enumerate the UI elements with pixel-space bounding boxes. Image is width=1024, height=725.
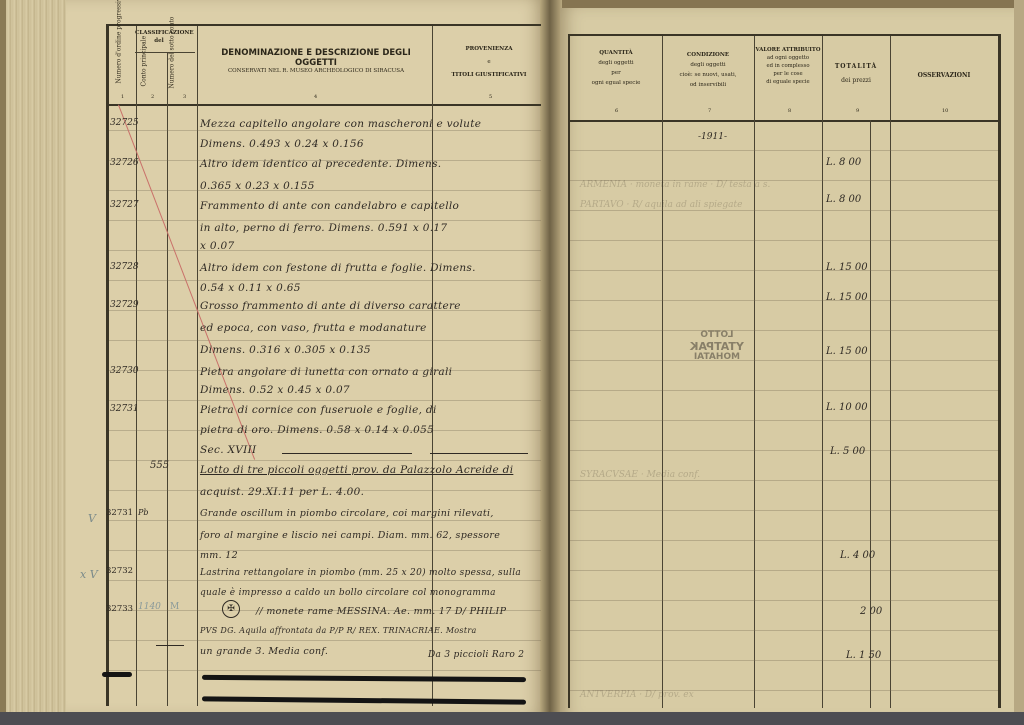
entry-line: 0.54 x 0.11 x 0.65	[200, 282, 301, 294]
entry-line: Pietra angolare di lunetta con ornato a …	[200, 366, 452, 378]
entry-line: in alto, perno di ferro. Dimens. 0.591 x…	[200, 222, 447, 234]
entry-line: un grande 3. Media conf.	[200, 646, 328, 657]
price-value: L. 8 00	[826, 194, 861, 205]
entry-number: 32726	[110, 158, 139, 168]
col-number-10: 10	[942, 108, 948, 114]
header-col3: Numero del sotto conto	[169, 55, 176, 89]
col-number-1: 1	[121, 94, 124, 100]
book-gutter	[540, 0, 562, 725]
header-subtitle: CONSERVATI NEL R. MUSEO ARCHEOLOGICO DI …	[201, 68, 431, 74]
entry-subclass: M	[170, 602, 179, 612]
cover-edge-right	[1014, 0, 1024, 725]
entry-number: 32732	[106, 566, 133, 576]
entry-line: foro al margine e liscio nei campi. Diam…	[200, 530, 500, 541]
price-value: L. 8 00	[826, 157, 861, 168]
entry-class: Pb	[138, 508, 149, 517]
entry-number: 32733	[106, 604, 133, 614]
price-value: L. 15 00	[826, 346, 868, 357]
price-value: L. 4 00	[840, 550, 875, 561]
entry-line: 0.365 x 0.23 x 0.155	[200, 180, 315, 192]
header-col7: CONDIZIONE degli oggetti cioè: se nuovi,…	[662, 50, 754, 90]
price-value: 2 00	[860, 606, 882, 617]
price-value: L. 5 00	[830, 446, 865, 457]
class-mark: 555	[150, 460, 169, 471]
header-col5-line3: TITOLI GIUSTIFICATIVI	[437, 72, 541, 78]
col-number-2: 2	[151, 94, 154, 100]
entry-line: Lastrina rettangolare in piombo (mm. 25 …	[200, 568, 521, 578]
bleed-through-stamp: LOTTO YTATPAK MOHATAI	[690, 330, 744, 363]
col-number-8: 8	[788, 108, 791, 114]
entry-line: Dimens. 0.316 x 0.305 x 0.135	[200, 344, 371, 356]
entry-line: Mezza capitello angolare con mascheroni …	[200, 118, 481, 130]
entry-line: Frammento di ante con candelabro e capit…	[200, 200, 459, 212]
lot-line: Lotto di tre piccoli oggetti prov. da Pa…	[200, 464, 513, 476]
struck-number	[102, 672, 132, 677]
header-col8: VALORE ATTRIBUITO ad ogni oggetto ed in …	[754, 46, 822, 86]
entry-line: pietra di oro. Dimens. 0.58 x 0.14 x 0.0…	[200, 424, 434, 436]
left-table-header: Numero d'ordine progressivo CLASSIFICAZI…	[109, 26, 541, 106]
col-number-4: 4	[314, 94, 317, 100]
entry-number: 32728	[110, 262, 139, 272]
price-value: L. 1 50	[846, 650, 881, 661]
ledger-book: Numero d'ordine progressivo CLASSIFICAZI…	[0, 0, 1024, 725]
right-ledger-table: QUANTITÀ degli oggetti per ogni egual sp…	[568, 34, 1001, 708]
entry-line: // monete rame MESSINA. Ae. mm. 17 D/ PH…	[256, 606, 506, 617]
entry-line: quale è impresso a caldo un bollo circol…	[200, 588, 496, 598]
entry-number: 32731	[106, 508, 133, 518]
lot-line: acquist. 29.XI.11 per L. 4.00.	[200, 486, 364, 498]
col-number-6: 6	[615, 108, 618, 114]
entry-line: ed epoca, con vaso, frutta e modanature	[200, 322, 427, 334]
header-title: DENOMINAZIONE E DESCRIZIONE DEGLI OGGETT…	[201, 48, 431, 68]
entry-line: Sec. XVIII	[200, 444, 256, 456]
header-col1: Numero d'ordine progressivo	[116, 36, 123, 84]
header-col2: Conto principale	[141, 57, 148, 87]
margin-check-mark: x V	[80, 568, 98, 581]
right-table-header: QUANTITÀ degli oggetti per ogni egual sp…	[570, 36, 998, 122]
price-value: L. 15 00	[826, 292, 868, 303]
header-col5-line2: e	[437, 59, 541, 65]
entry-number: 32727	[110, 200, 139, 210]
entry-number: 32731	[110, 404, 139, 414]
entry-line: Grosso frammento di ante di diverso cara…	[200, 300, 461, 312]
entry-class: 1140	[138, 602, 161, 612]
entry-line: PVS DG. Aquila affrontata da P/P R/ REX.…	[200, 626, 477, 635]
page-stack-edge	[6, 0, 66, 725]
year-note: -1911-	[698, 132, 727, 142]
price-value: L. 15 00	[826, 262, 868, 273]
entry-line: Altro idem con festone di frutta e fogli…	[200, 262, 476, 274]
entry-line: Grande oscillum in piombo circolare, coi…	[200, 508, 494, 519]
header-col10: OSSERVAZIONI	[890, 72, 998, 79]
margin-check-mark: V	[88, 512, 96, 525]
col-number-5: 5	[489, 94, 492, 100]
header-col9: TOTALITÀ dei prezzi	[822, 60, 890, 88]
col-number-9: 9	[856, 108, 859, 114]
entry-line: x 0.07	[200, 240, 234, 252]
header-col5-line1: PROVENIENZA	[437, 46, 541, 52]
entry-number: 32730	[110, 366, 139, 376]
entry-line: mm. 12	[200, 550, 238, 561]
header-col6: QUANTITÀ degli oggetti per ogni egual sp…	[570, 48, 662, 88]
entry-number: 32729	[110, 300, 139, 310]
col-number-3: 3	[183, 94, 186, 100]
entry-number: 32725	[110, 118, 139, 128]
entry-line: Dimens. 0.52 x 0.45 x 0.07	[200, 384, 350, 396]
background-strip	[0, 712, 1024, 725]
price-value: L. 10 00	[826, 402, 868, 413]
entry-line: Altro idem identico al precedente. Dimen…	[200, 158, 441, 170]
col-number-7: 7	[708, 108, 711, 114]
monogram-icon: ✠	[222, 600, 240, 618]
entry-line: Dimens. 0.493 x 0.24 x 0.156	[200, 138, 364, 150]
entry-note: Da 3 piccioli Raro 2	[428, 650, 524, 660]
entry-line: Pietra di cornice con fuseruole e foglie…	[200, 404, 437, 416]
